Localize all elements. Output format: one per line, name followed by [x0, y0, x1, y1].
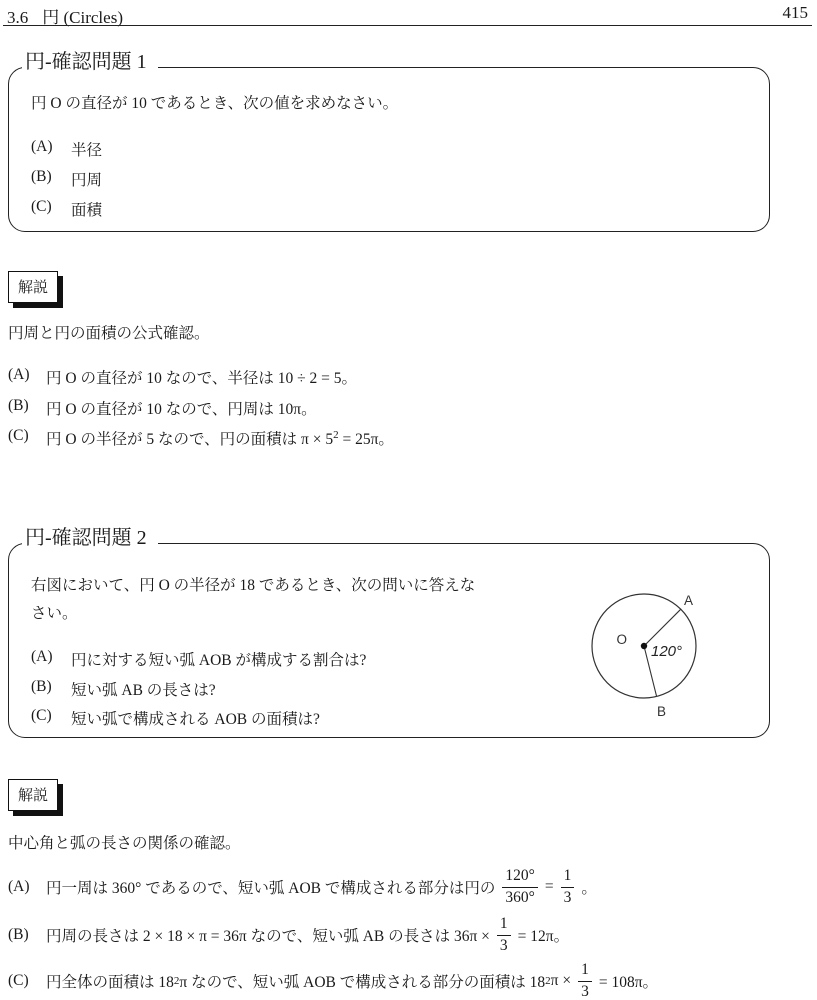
fraction: 120°360° [502, 867, 537, 907]
item-label: (A) [31, 648, 71, 666]
item-label: (B) [8, 926, 46, 944]
header-rule [3, 25, 812, 26]
solution-1-item-c: (C) 円 O の半径が 5 なので、円の面積は π × 52 = 25π。 [8, 427, 394, 458]
fraction-denominator: 3 [497, 936, 511, 955]
item-text: 円 O の半径が 5 なので、円の面積は π × 52 = 25π。 [46, 427, 394, 449]
solution-1-list: (A) 円 O の直径が 10 なので、半径は 10 ÷ 2 = 5。 (B) … [8, 366, 394, 458]
item-label: (C) [8, 427, 46, 445]
kaisetsu-badge-1: 解説 [8, 271, 58, 303]
fraction-numerator: 1 [497, 915, 511, 935]
problem-2-item-a: (A) 円に対する短い弧 AOB が構成する割合は? [31, 648, 366, 678]
item-label: (A) [31, 138, 71, 156]
fraction: 13 [561, 867, 575, 907]
item-label: (A) [8, 878, 46, 896]
page-number: 415 [783, 3, 809, 23]
item-math: 円全体の面積は 182π なので、短い弧 AOB で構成される部分の面積は 18… [46, 961, 658, 1000]
angle-label: 120° [651, 643, 682, 660]
problem-box-1: 円-確認問題 1 円 O の直径が 10 であるとき、次の値を求めなさい。 (A… [8, 67, 770, 232]
item-label: (C) [31, 198, 71, 216]
problem-1-item-b: (B) 円周 [31, 168, 102, 198]
item-text: 短い弧 AB の長さは? [71, 678, 216, 700]
math-post: = 25π。 [339, 431, 394, 448]
fraction-numerator: 1 [578, 961, 592, 981]
math-mid: π × [551, 972, 571, 990]
math-pre: 円全体の面積は 18 [46, 970, 174, 992]
item-math: 円一周は 360° であるので、短い弧 AOB で構成される部分は円の120°3… [46, 867, 597, 907]
radius-line-to-a [644, 609, 681, 646]
solution-1-lead: 円周と円の面積の公式確認。 [8, 321, 210, 343]
problem-box-2: 円-確認問題 2 右図において、円 O の半径が 18 であるとき、次の問いに答… [8, 543, 770, 738]
problem-1-list: (A) 半径 (B) 円周 (C) 面積 [31, 138, 102, 228]
math-pre: 円周の長さは 2 × 18 × π = 36π なので、短い弧 AB の長さは … [46, 924, 490, 946]
item-text: 円 O の直径が 10 なので、円周は 10π。 [46, 397, 317, 419]
item-label: (C) [8, 972, 46, 990]
item-text: 半径 [71, 138, 102, 160]
center-dot [641, 643, 647, 649]
solution-2-item-a: (A) 円一周は 360° であるので、短い弧 AOB で構成される部分は円の1… [8, 862, 658, 912]
solution-2-item-c: (C) 円全体の面積は 182π なので、短い弧 AOB で構成される部分の面積… [8, 958, 658, 1000]
item-text: 短い弧で構成される AOB の面積は? [71, 707, 320, 729]
fraction-numerator: 1 [561, 867, 575, 887]
problem-1-item-c: (C) 面積 [31, 198, 102, 228]
fraction: 13 [578, 961, 592, 1000]
point-label-b: B [657, 704, 666, 719]
intro-line-2: さい。 [31, 605, 78, 622]
fraction-denominator: 360° [502, 888, 537, 907]
fraction: 13 [497, 915, 511, 955]
center-label-o: O [616, 632, 627, 647]
math-post: 。 [581, 876, 597, 898]
problem-2-item-b: (B) 短い弧 AB の長さは? [31, 678, 366, 708]
solution-2-item-b: (B) 円周の長さは 2 × 18 × π = 36π なので、短い弧 AB の… [8, 912, 658, 958]
item-math: 円周の長さは 2 × 18 × π = 36π なので、短い弧 AB の長さは … [46, 915, 569, 955]
point-label-a: A [684, 593, 693, 608]
item-text: 円 O の直径が 10 なので、半径は 10 ÷ 2 = 5。 [46, 366, 357, 388]
fraction-denominator: 3 [561, 888, 575, 907]
fraction-numerator: 120° [502, 867, 537, 887]
circle-diagram: O A B 120° [586, 584, 716, 724]
problem-box-2-title: 円-確認問題 2 [22, 526, 158, 551]
intro-line-1: 右図において、円 O の半径が 18 であるとき、次の問いに答えな [31, 577, 475, 594]
item-label: (B) [8, 397, 46, 415]
math-pre: 円 O の半径が 5 なので、円の面積は π × 5 [46, 431, 333, 448]
kaisetsu-badge-2: 解説 [8, 779, 58, 811]
math-pre: 円一周は 360° であるので、短い弧 AOB で構成される部分は円の [46, 876, 495, 898]
item-text: 面積 [71, 198, 102, 220]
item-text: 円周 [71, 168, 102, 190]
item-label: (A) [8, 366, 46, 384]
solution-2-list: (A) 円一周は 360° であるので、短い弧 AOB で構成される部分は円の1… [8, 862, 658, 1000]
problem-1-intro: 円 O の直径が 10 であるとき、次の値を求めなさい。 [31, 90, 398, 118]
solution-1-item-b: (B) 円 O の直径が 10 なので、円周は 10π。 [8, 397, 394, 428]
item-label: (C) [31, 707, 71, 725]
problem-2-item-c: (C) 短い弧で構成される AOB の面積は? [31, 707, 366, 737]
problem-2-list: (A) 円に対する短い弧 AOB が構成する割合は? (B) 短い弧 AB の長… [31, 648, 366, 737]
math-post: = 108π。 [599, 970, 658, 992]
fraction-denominator: 3 [578, 982, 592, 1000]
item-text: 円に対する短い弧 AOB が構成する割合は? [71, 648, 366, 670]
item-label: (B) [31, 678, 71, 696]
solution-1-item-a: (A) 円 O の直径が 10 なので、半径は 10 ÷ 2 = 5。 [8, 366, 394, 397]
problem-2-intro: 右図において、円 O の半径が 18 であるとき、次の問いに答えな さい。 [31, 572, 475, 628]
solution-2-lead: 中心角と弧の長さの関係の確認。 [8, 831, 241, 853]
problem-1-item-a: (A) 半径 [31, 138, 102, 168]
textbook-page: 3.6円 (Circles) 415 円-確認問題 1 円 O の直径が 10 … [0, 0, 817, 1000]
item-label: (B) [31, 168, 71, 186]
equals-sign: = [545, 878, 554, 896]
math-mid: π なので、短い弧 AOB で構成される部分の面積は 18 [179, 970, 545, 992]
problem-box-1-title: 円-確認問題 1 [22, 50, 158, 75]
math-post: = 12π。 [518, 924, 569, 946]
